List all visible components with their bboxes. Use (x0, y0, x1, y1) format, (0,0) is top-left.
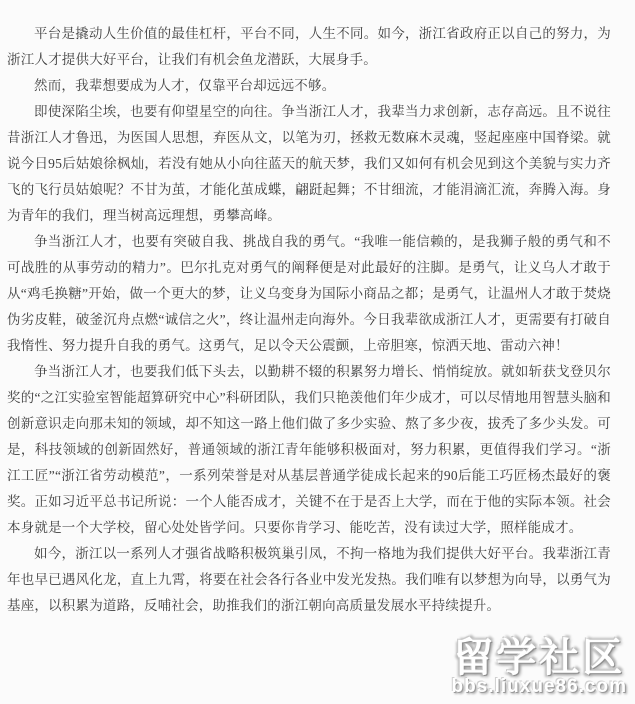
paragraph-conclusion: 如今，浙江以一系列人才强省战略积极筑巢引凤，不拘一格地为我们提供大好平台。我辈浙… (7, 541, 611, 619)
paragraph-platform-not-enough: 然而，我辈想要成为人才，仅靠平台却远远不够。 (7, 73, 611, 99)
page: { "page": { "background_color": "#fbfbfb… (0, 0, 635, 704)
paragraph-platform-lever: 平台是撬动人生价值的最佳杠杆，平台不同，人生不同。如今，浙江省政府正以自己的努力… (7, 21, 611, 73)
paragraph-courage: 争当浙江人才，也要有突破自我、挑战自我的勇气。“我唯一能信赖的，是我狮子般的勇气… (7, 229, 611, 359)
paragraph-accumulation: 争当浙江人才，也要我们低下头去，以勤耕不辍的积累努力增长、悄悄绽放。就如斩获戈登… (7, 359, 611, 541)
paragraph-innovation-aspiration: 即使深陷尘埃，也要有仰望星空的向往。争当浙江人才，我辈当力求创新，志存高远。且不… (7, 99, 611, 229)
document-page: 平台是撬动人生价值的最佳杠杆，平台不同，人生不同。如今，浙江省政府正以自己的努力… (0, 0, 635, 704)
